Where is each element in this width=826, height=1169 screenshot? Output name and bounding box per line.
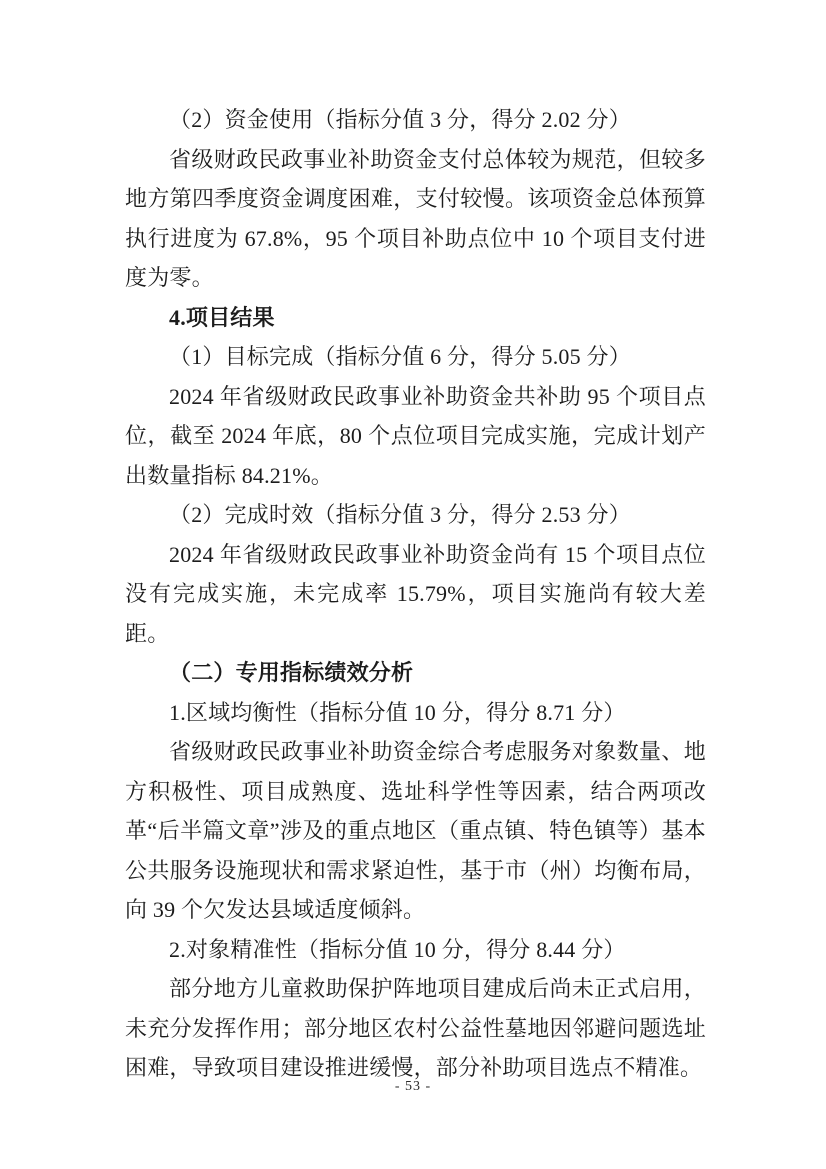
subheading-regional-balance: 1.区域均衡性（指标分值 10 分，得分 8.71 分） (125, 693, 706, 733)
paragraph-funds-usage-detail: 省级财政民政事业补助资金支付总体较为规范，但较多地方第四季度资金调度困难，支付较… (125, 140, 706, 298)
heading-special-indicator-analysis: （二）专用指标绩效分析 (125, 653, 706, 693)
paragraph-goal-completion-detail: 2024 年省级财政民政事业补助资金共补助 95 个项目点位，截至 2024 年… (125, 377, 706, 496)
paragraph-completion-timeliness-detail: 2024 年省级财政民政事业补助资金尚有 15 个项目点位没有完成实施，未完成率… (125, 535, 706, 654)
subheading-target-precision: 2.对象精准性（指标分值 10 分，得分 8.44 分） (125, 930, 706, 970)
subheading-completion-timeliness: （2）完成时效（指标分值 3 分，得分 2.53 分） (125, 495, 706, 535)
subheading-funds-usage: （2）资金使用（指标分值 3 分，得分 2.02 分） (125, 100, 706, 140)
paragraph-regional-balance-detail: 省级财政民政事业补助资金综合考虑服务对象数量、地方积极性、项目成熟度、选址科学性… (125, 732, 706, 930)
page-number: - 53 - (0, 1077, 826, 1097)
subheading-goal-completion: （1）目标完成（指标分值 6 分，得分 5.05 分） (125, 337, 706, 377)
heading-project-results: 4.项目结果 (125, 298, 706, 338)
document-body: （2）资金使用（指标分值 3 分，得分 2.02 分） 省级财政民政事业补助资金… (125, 100, 706, 1088)
document-page: （2）资金使用（指标分值 3 分，得分 2.02 分） 省级财政民政事业补助资金… (0, 0, 826, 1169)
paragraph-target-precision-detail: 部分地方儿童救助保护阵地项目建成后尚未正式启用，未充分发挥作用；部分地区农村公益… (125, 969, 706, 1088)
